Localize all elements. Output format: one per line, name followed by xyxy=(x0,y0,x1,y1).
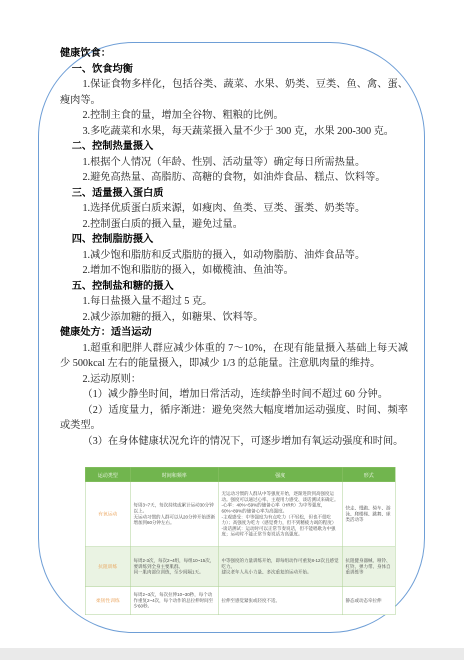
table-header-cell: 时间和频率 xyxy=(130,467,218,482)
doc-paragraph: 1.超重和肥胖人群应减少体重的 7～10%，在现有能量摄入基础上每天减少 500… xyxy=(60,341,408,372)
doc-paragraph: 1.根据个人情况（年龄、性别、活动量等）确定每日所需热量。 xyxy=(60,155,408,171)
table-header-cell: 形式 xyxy=(342,467,395,482)
doc-paragraph: （2）适度量力，循序渐进：避免突然大幅度增加运动强度、时间、频率或类型。 xyxy=(60,403,408,434)
section-heading: 三、适量摄入蛋白质 xyxy=(60,186,408,202)
table-header-cell: 运动类型 xyxy=(85,467,130,482)
doc-paragraph: 2.控制蛋白质的摄入量，避免过量。 xyxy=(60,217,408,233)
exercise-prescription-table: 运动类型 时间和频率 强度 形式 有氧运动 每周3~7天，每次持续或累计运动30… xyxy=(85,467,397,615)
doc-title: 健康处方：适当运动 xyxy=(60,325,408,341)
doc-paragraph: 2.增加不饱和脂肪的摄入，如橄榄油、鱼油等。 xyxy=(60,263,408,279)
table-cell-form: 静态或动态牵拉伸 xyxy=(342,587,395,615)
table-cell-time: 每周3~7天，每次持续或累计运动30分钟以上。 无运动习惯的人群可以从20分钟开… xyxy=(130,482,218,547)
exercise-type-label: 有氧运动 xyxy=(85,482,130,547)
doc-paragraph: 2.避免高热量、高脂肪、高糖的食物，如油炸食品、糕点、饮料等。 xyxy=(60,170,408,186)
document-body: 健康饮食： 一、饮食均衡 1.保证食物多样化，包括谷类、蔬菜、水果、奶类、豆类、… xyxy=(60,46,408,449)
doc-paragraph: 1.减少饱和脂肪和反式脂肪的摄入，如动物脂肪、油炸食品等。 xyxy=(60,248,408,264)
exercise-type-label: 抗阻训练 xyxy=(85,547,130,587)
doc-paragraph: 2.运动原则： xyxy=(60,372,408,388)
table-row: 有氧运动 每周3~7天，每次持续或累计运动30分钟以上。 无运动习惯的人群可以从… xyxy=(85,482,395,547)
table-header-cell: 强度 xyxy=(218,467,342,482)
doc-paragraph: （1）减少静坐时间，增加日常活动，连续静坐时间不超过 60 分钟。 xyxy=(60,387,408,403)
table-cell-time: 每周2-3次，每次2~4组，每组10~15次，要训练到全身主要肌群。 同一肌肉部… xyxy=(130,547,218,587)
doc-paragraph: 2.控制主食的量，增加全谷物、粗粮的比例。 xyxy=(60,108,408,124)
doc-paragraph: 1.选择优质蛋白质来源，如瘦肉、鱼类、豆类、蛋类、奶类等。 xyxy=(60,201,408,217)
doc-paragraph: 1.保证食物多样化，包括谷类、蔬菜、水果、奶类、豆类、鱼、禽、蛋、瘦肉等。 xyxy=(60,77,408,108)
doc-paragraph: 1.每日盐摄入量不超过 5 克。 xyxy=(60,294,408,310)
bottom-gray-bar xyxy=(0,648,464,660)
section-heading: 二、控制热量摄入 xyxy=(60,139,408,155)
doc-title: 健康饮食： xyxy=(60,46,408,62)
table-cell-intensity: 拉伸至感觉紧张或轻度不适。 xyxy=(218,587,342,615)
table-header-row: 运动类型 时间和频率 强度 形式 xyxy=(85,467,395,482)
table-cell-intensity: 中等强度的力量训练开始，即每组动作可重复8-12次且感觉吃力。 建议老年人从小力… xyxy=(218,547,342,587)
doc-paragraph: （3）在身体健康状况允许的情况下，可逐步增加有氧运动强度和时间。 xyxy=(60,434,408,450)
section-heading: 五、控制盐和糖的摄入 xyxy=(60,279,408,295)
doc-paragraph: 2.减少添加糖的摄入，如糖果、饮料等。 xyxy=(60,310,408,326)
table-cell-time: 每周2~3次，每次拉伸10~30秒，每个动作重复2~4次，每个动作的总拉伸时间至… xyxy=(130,587,218,615)
document-page: 健康饮食： 一、饮食均衡 1.保证食物多样化，包括谷类、蔬菜、水果、奶类、豆类、… xyxy=(0,0,464,660)
section-heading: 一、饮食均衡 xyxy=(60,62,408,78)
table-row: 抗阻训练 每周2-3次，每次2~4组，每组10~15次，要训练到全身主要肌群。 … xyxy=(85,547,395,587)
table-row: 柔韧性训练 每周2~3次，每次拉伸10~30秒，每个动作重复2~4次，每个动作的… xyxy=(85,587,395,615)
table-cell-intensity: 无运动习惯的人群从中等强度开始，逐渐进阶到高强度运动。强度可以通过心率、主观用力… xyxy=(218,482,342,547)
table-cell-form: 快走、慢跑、骑车、游泳、爬楼梯、跳舞、球类活动等 xyxy=(342,482,395,547)
exercise-type-label: 柔韧性训练 xyxy=(85,587,130,615)
doc-paragraph: 3.多吃蔬菜和水果，每天蔬菜摄入量不少于 300 克，水果 200-300 克。 xyxy=(60,124,408,140)
section-heading: 四、控制脂肪摄入 xyxy=(60,232,408,248)
table-cell-form: 抗阻健身器械、哑铃、杠铃、弹力带、身体自重训练等 xyxy=(342,547,395,587)
